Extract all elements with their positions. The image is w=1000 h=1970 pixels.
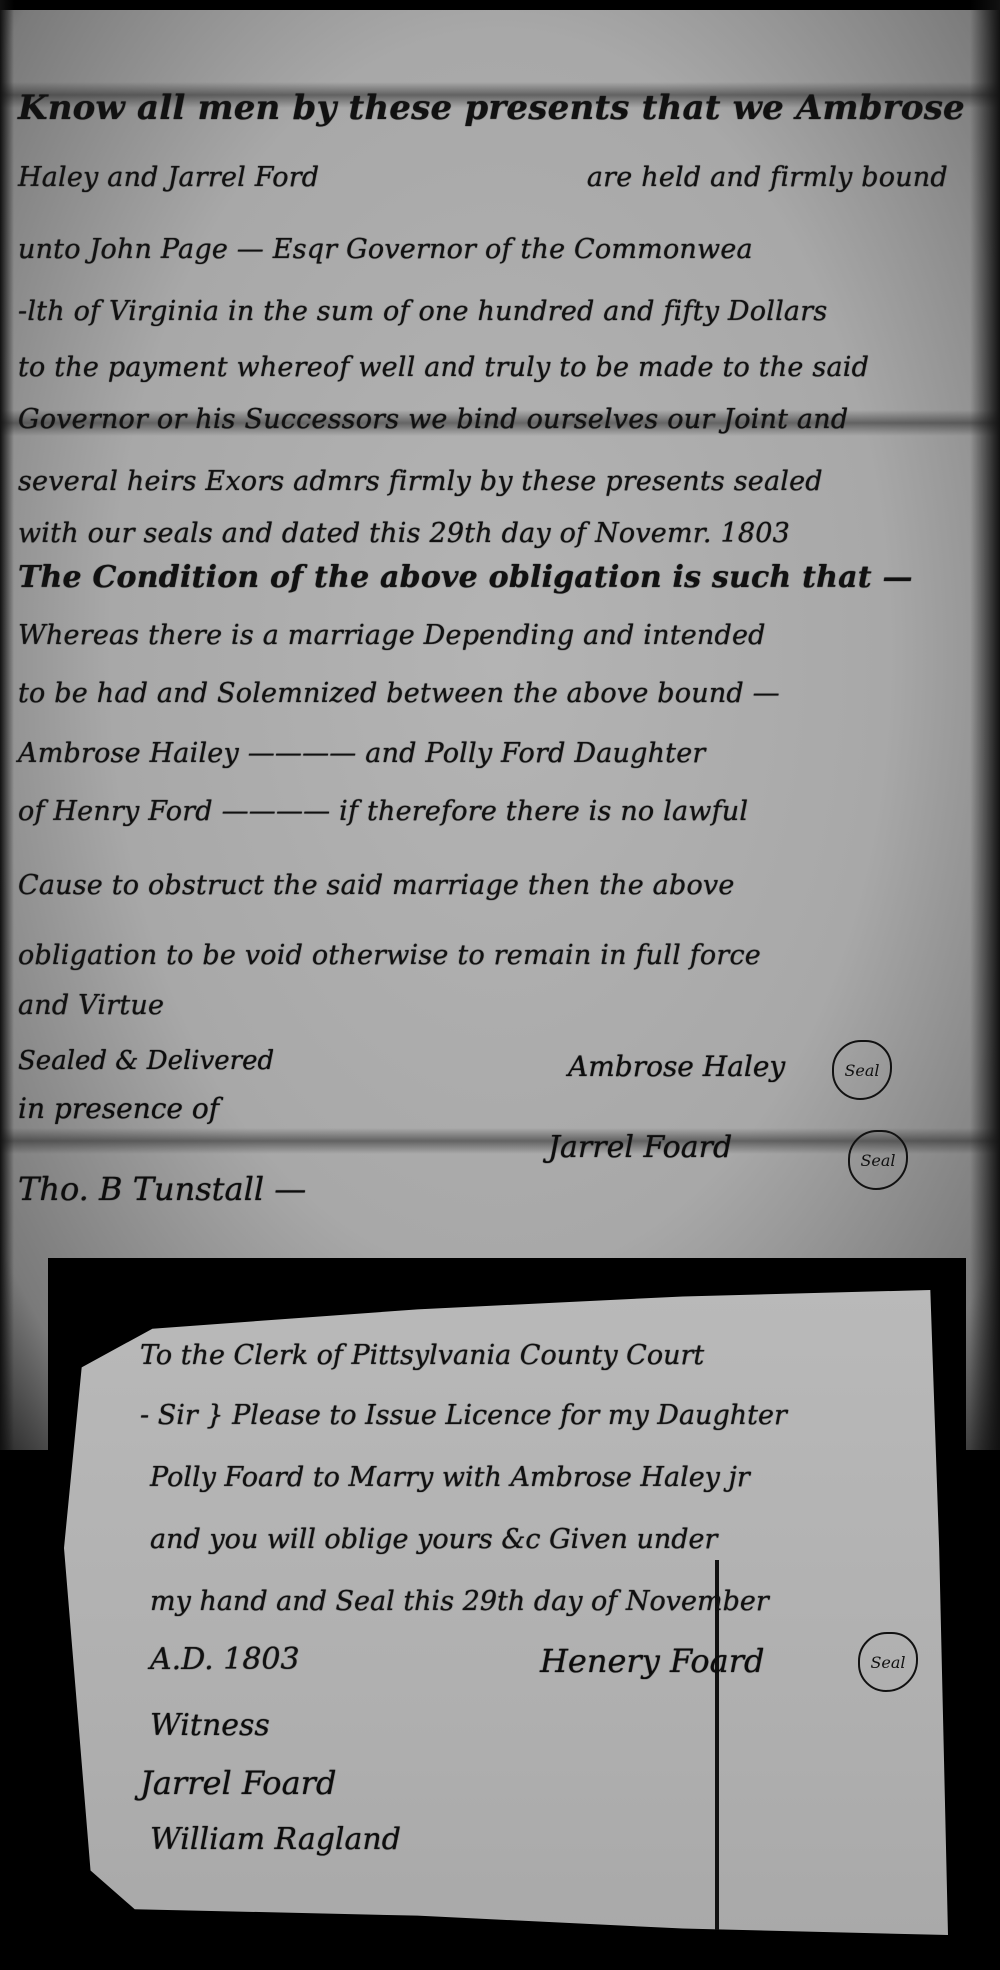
licence-line-4: and you will oblige yours &c Given under [150, 1524, 717, 1555]
bond-line-14: Cause to obstruct the said marriage then… [18, 870, 992, 901]
wax-seal-icon: Seal [848, 1130, 908, 1190]
in-presence-label: in presence of [18, 1092, 219, 1125]
witness-label: Witness [150, 1708, 270, 1743]
bond-line-16: and Virtue [18, 990, 992, 1021]
bond-line-3: unto John Page — Esqr Governor of the Co… [18, 234, 992, 265]
wax-seal-icon: Seal [832, 1040, 892, 1100]
bond-line-5: to the payment whereof well and truly to… [18, 352, 992, 383]
licence-line-1: To the Clerk of Pittsylvania County Cour… [140, 1340, 704, 1371]
bond-line-12: Ambrose Hailey ———— and Polly Ford Daugh… [18, 738, 992, 769]
bond-line-8: with our seals and dated this 29th day o… [18, 518, 992, 549]
licence-line-2: - Sir } Please to Issue Licence for my D… [140, 1400, 787, 1431]
bond-line-2b: are held and firmly bound [587, 162, 948, 193]
sealed-delivered-label: Sealed & Delivered [18, 1046, 274, 1076]
bond-line-9: The Condition of the above obligation is… [18, 560, 992, 595]
paper-edge-shadow [0, 0, 14, 1450]
witness-tunstall-signature: Tho. B Tunstall — [18, 1170, 306, 1208]
licence-date: A.D. 1803 [150, 1642, 300, 1677]
signature-henery-foard: Henery Foard [540, 1642, 765, 1680]
licence-line-5: my hand and Seal this 29th day of Novemb… [150, 1586, 769, 1617]
witness-jarrel-foard: Jarrel Foard [140, 1764, 336, 1802]
bond-line-7: several heirs Exors admrs firmly by thes… [18, 466, 992, 497]
bond-line-15: obligation to be void otherwise to remai… [18, 940, 992, 971]
bond-line-11: to be had and Solemnized between the abo… [18, 678, 992, 709]
bond-line-10: Whereas there is a marriage Depending an… [18, 620, 992, 651]
bond-line-1: Know all men by these presents that we A… [18, 88, 992, 128]
bond-line-4: -lth of Virginia in the sum of one hundr… [18, 296, 992, 327]
bond-line-2: Haley and Jarrel Ford are held and firml… [18, 162, 992, 193]
witness-william-ragland: William Ragland [150, 1822, 401, 1857]
signature-jarrel-foard: Jarrel Foard [548, 1130, 732, 1165]
signature-ambrose-haley: Ambrose Haley [568, 1050, 785, 1083]
bond-line-2a: Haley and Jarrel Ford [18, 162, 319, 193]
bond-line-6: Governor or his Successors we bind ourse… [18, 404, 992, 435]
licence-line-3: Polly Foard to Marry with Ambrose Haley … [150, 1462, 750, 1493]
marriage-bond-document: Know all men by these presents that we A… [0, 0, 1000, 1450]
paper-edge-shadow [970, 0, 1000, 1450]
bond-line-13: of Henry Ford ———— if therefore there is… [18, 796, 992, 827]
